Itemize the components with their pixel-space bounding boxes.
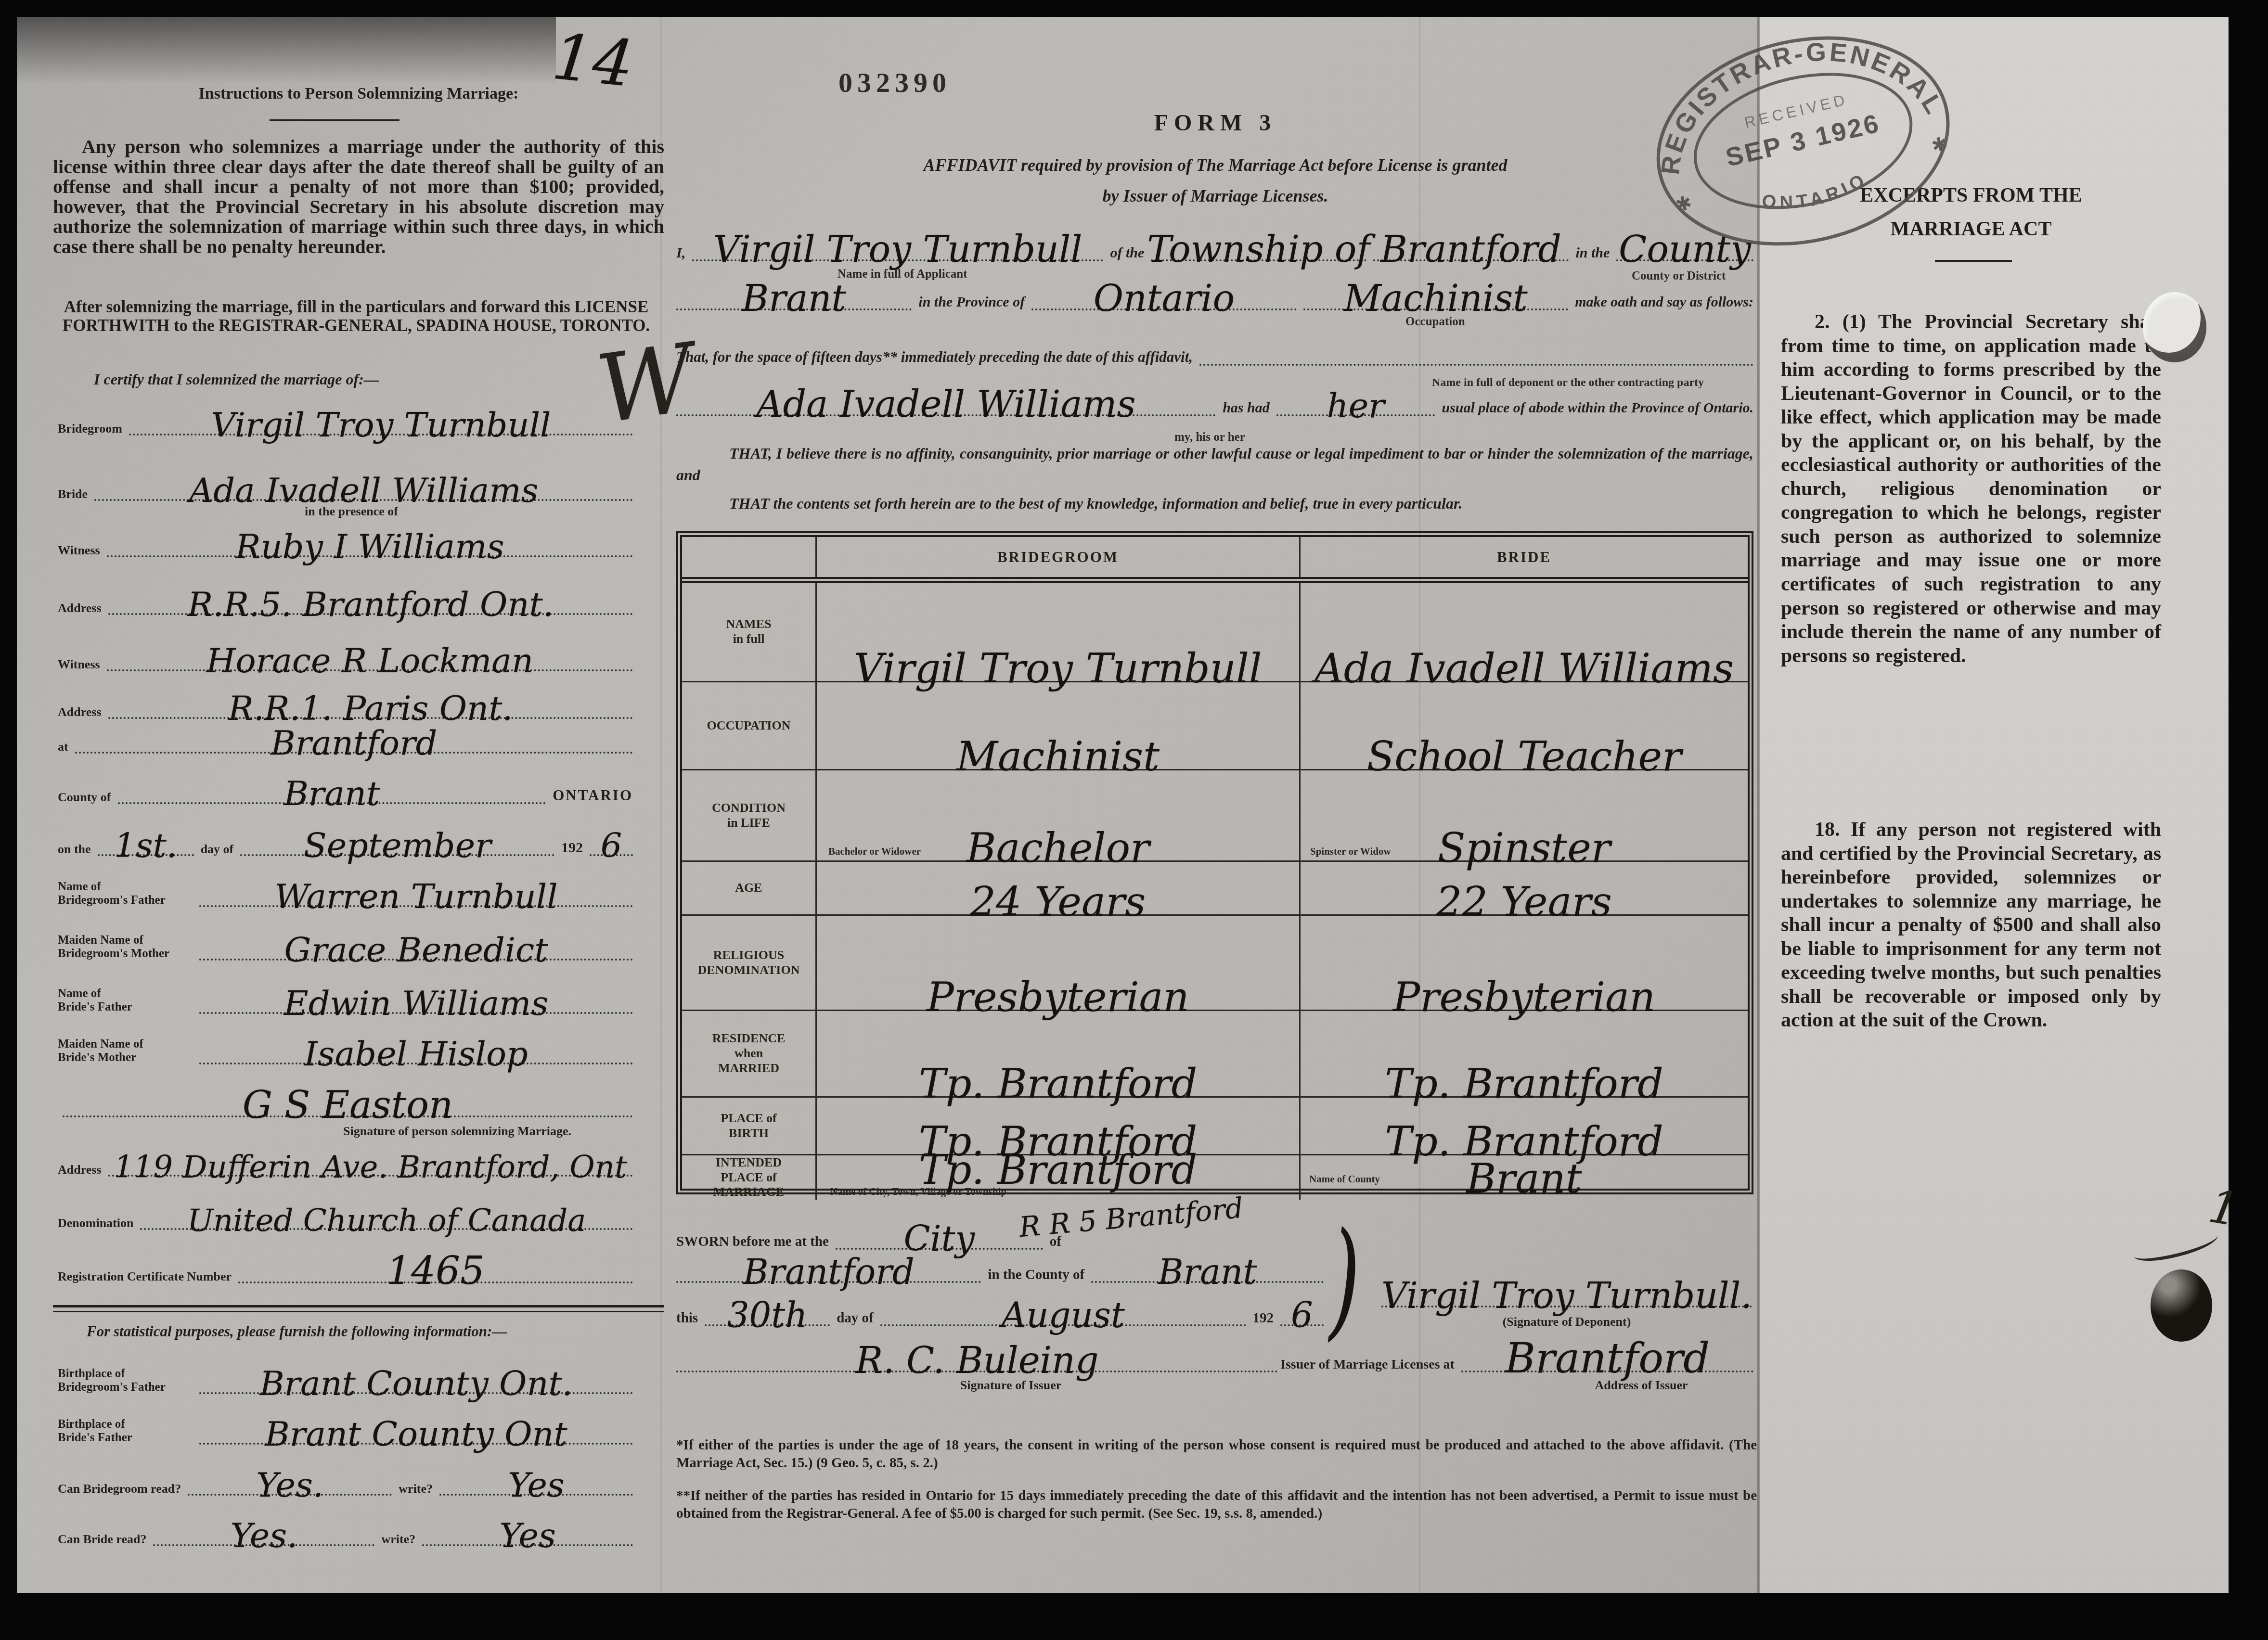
issuer-at-words: Issuer of Marriage Licenses at bbox=[1280, 1357, 1455, 1372]
condition-bride-value: Spinster bbox=[1438, 831, 1611, 865]
table-row-condition: CONDITION in LIFE Bachelor or Widower Ba… bbox=[682, 770, 1748, 862]
bride-value: Ada Ivadell Williams bbox=[189, 476, 539, 505]
names-bride-value: Ada Ivadell Williams bbox=[1314, 652, 1734, 686]
in-the-word: in the bbox=[1575, 245, 1610, 261]
excerpts-page-paper bbox=[1759, 17, 2229, 1593]
age-bride-cell: 22 Years bbox=[1301, 862, 1748, 914]
affidavit-heading-1: AFFIDAVIT required by provision of The M… bbox=[676, 155, 1754, 175]
issuer-signature-row: R. C. Buleing bbox=[676, 1327, 1278, 1372]
groom-mother-label: Maiden Name of Bridegroom's Mother bbox=[58, 934, 193, 961]
field-officiant-signature: G S Easton bbox=[63, 1069, 633, 1117]
row-label-denomination: RELIGIOUS DENOMINATION bbox=[682, 916, 817, 1010]
field-bp-bride-father: Birthplace of Bride's Father Brant Count… bbox=[58, 1392, 633, 1445]
can-groom-label: Can Bridegroom read? bbox=[58, 1482, 181, 1496]
bride-mother-line: Isabel Hislop bbox=[199, 1034, 633, 1065]
occupation-bride-value: School Teacher bbox=[1367, 740, 1682, 774]
registration-value: 1465 bbox=[387, 1255, 485, 1287]
affidavit-that-2: THAT, I believe there is no affinity, co… bbox=[676, 443, 1753, 486]
excerpts-section-18: 18. If any person not registered with an… bbox=[1781, 818, 2161, 1033]
officiant-address-line: 119 Dufferin Ave. Brantford, Ont bbox=[108, 1149, 633, 1177]
bp-bride-father-value: Brant County Ont bbox=[265, 1420, 567, 1449]
witness1-value: Ruby I Williams bbox=[235, 533, 504, 562]
denomination-value: United Church of Canada bbox=[187, 1208, 586, 1234]
sworn-day-line: 30th bbox=[705, 1295, 830, 1326]
field-can-groom-read: Can Bridegroom read? Yes. write? Yes bbox=[58, 1448, 633, 1496]
at-label: at bbox=[58, 740, 68, 754]
sworn-year-line: 6 bbox=[1280, 1295, 1324, 1326]
row-label-age: AGE bbox=[682, 862, 817, 914]
field-groom-mother: Maiden Name of Bridegroom's Mother Grace… bbox=[58, 908, 633, 961]
sworn-month: August bbox=[1001, 1301, 1125, 1330]
oath-words: make oath and say as follows: bbox=[1575, 294, 1753, 310]
groom-father-value: Warren Turnbull bbox=[274, 883, 557, 911]
stamp-star-left-icon: ✱ bbox=[1674, 192, 1694, 216]
scan-shadow-top bbox=[17, 17, 556, 84]
month-line: September bbox=[240, 826, 554, 857]
margin-ink-mark: 1 bbox=[2206, 1186, 2242, 1230]
sworn-year-suffix: 6 bbox=[1291, 1301, 1313, 1330]
statistical-note: For statistical purposes, please furnish… bbox=[53, 1322, 664, 1341]
can-bride-label: Can Bride read? bbox=[58, 1532, 146, 1546]
place-line: Brantford bbox=[1373, 228, 1569, 261]
at-line: Brantford bbox=[75, 723, 633, 754]
sworn-line-2: Brantford in the County of Brant bbox=[676, 1239, 1324, 1283]
names-bride-cell: Ada Ivadell Williams bbox=[1301, 583, 1748, 681]
section-divider-rule bbox=[53, 1305, 664, 1312]
intended-bride-subprint: Name of County bbox=[1309, 1173, 1380, 1185]
groom-father-label: Name of Bridegroom's Father bbox=[58, 880, 193, 907]
officiant-address-label: Address bbox=[58, 1163, 102, 1177]
issuer-signature-value: R. C. Buleing bbox=[855, 1345, 1098, 1376]
can-groom-read-line: Yes. bbox=[188, 1465, 392, 1496]
groom-father-line: Warren Turnbull bbox=[199, 877, 633, 908]
bride-line: Ada Ivadell Williams bbox=[94, 471, 633, 501]
row-label-intended-place: INTENDED PLACE of MARRIAGE bbox=[682, 1155, 817, 1200]
deponent-line: Ada Ivadell Williams bbox=[676, 383, 1216, 416]
age-groom-cell: 24 Years bbox=[817, 862, 1301, 914]
field-witness1: Witness Ruby I Williams bbox=[58, 509, 633, 557]
field-bride-mother: Maiden Name of Bride's Mother Isabel His… bbox=[58, 1012, 633, 1064]
names-groom-value: Virgil Troy Turnbull bbox=[854, 652, 1262, 686]
county-value-aff: Brant bbox=[742, 283, 846, 314]
scanned-marriage-affidavit-document: 14 032390 Instructions to Person Solemni… bbox=[0, 0, 2268, 1640]
bride-mother-label: Maiden Name of Bride's Mother bbox=[58, 1038, 193, 1064]
field-at: at Brantford bbox=[58, 705, 633, 754]
bride-father-line: Edwin Williams bbox=[199, 984, 633, 1014]
groom-mother-line: Grace Benedict bbox=[199, 930, 633, 961]
sworn-day: 30th bbox=[727, 1301, 808, 1330]
bridegroom-value: Virgil Troy Turnbull bbox=[211, 411, 551, 440]
stamp-arc-bottom-text: ONTARIO bbox=[1757, 167, 1874, 222]
in-province-of-word: in the Province of bbox=[918, 294, 1025, 310]
serial-number: 032390 bbox=[838, 66, 951, 99]
bridegroom-line: Virgil Troy Turnbull bbox=[129, 405, 633, 436]
sworn-county-words: in the County of bbox=[988, 1267, 1084, 1283]
bride-write-label: write? bbox=[381, 1532, 415, 1546]
province-line-aff: Ontario bbox=[1031, 277, 1297, 310]
field-county: County of Brant ONTARIO bbox=[58, 756, 633, 804]
affidavit-heading-2: by Issuer of Marriage Licenses. bbox=[676, 186, 1754, 206]
table-row-age: AGE 24 Years 22 Years bbox=[682, 862, 1748, 916]
title-rule bbox=[270, 119, 399, 121]
denom-groom-cell: Presbyterian bbox=[817, 916, 1301, 1010]
svg-text:ONTARIO: ONTARIO bbox=[1757, 167, 1874, 222]
abode-words: usual place of abode within the Province… bbox=[1442, 400, 1753, 416]
issuer-signature-line: R. C. Buleing bbox=[676, 1339, 1278, 1372]
affidavit-that-3: THAT the contents set forth herein are t… bbox=[729, 495, 1754, 512]
groom-mother-value: Grace Benedict bbox=[284, 936, 548, 965]
can-groom-read-value: Yes. bbox=[256, 1471, 323, 1500]
affidavit-that-1: That, for the space of fifteen days** im… bbox=[676, 327, 1753, 366]
table-header-bride: BRIDE bbox=[1301, 537, 1748, 577]
residence-bride-value: Tp. Brantford bbox=[1385, 1067, 1663, 1101]
table-row-residence: RESIDENCE when MARRIED Tp. Brantford Tp.… bbox=[682, 1011, 1748, 1098]
field-registration-number: Registration Certificate Number 1465 bbox=[58, 1235, 633, 1283]
denom-groom-value: Presbyterian bbox=[927, 980, 1189, 1014]
bride-mother-value: Isabel Hislop bbox=[304, 1040, 528, 1069]
affidavit-line-2: Brant in the Province of Ontario Machini… bbox=[676, 260, 1753, 310]
residence-bride-cell: Tp. Brantford bbox=[1301, 1011, 1748, 1096]
field-bridegroom: Bridegroom Virgil Troy Turnbull bbox=[58, 387, 633, 436]
field-officiant-address: Address 119 Dufferin Ave. Brantford, Ont bbox=[58, 1128, 633, 1177]
punch-hole-bottom bbox=[2151, 1269, 2212, 1342]
witness2-line: Horace R Lockman bbox=[107, 641, 633, 672]
intended-bride-value: Brant bbox=[1467, 1162, 1582, 1196]
bride-father-label: Name of Bride's Father bbox=[58, 987, 193, 1014]
bp-bride-father-line: Brant County Ont bbox=[199, 1414, 633, 1445]
certificate-intro: I certify that I solemnized the marriage… bbox=[94, 371, 379, 388]
sworn-this-word: this bbox=[676, 1310, 698, 1326]
birth-groom-cell: Tp. Brantford bbox=[817, 1098, 1301, 1154]
handwritten-page-number: 14 bbox=[550, 30, 636, 92]
table-header-spacer bbox=[682, 537, 817, 577]
county-line-aff: Brant bbox=[676, 277, 912, 310]
deponent-signature-row: Virgil Troy Turnbull. bbox=[1381, 1262, 1752, 1307]
instructions-paragraph-1: Any person who solemnizes a marriage und… bbox=[53, 137, 664, 257]
address1-label: Address bbox=[58, 601, 102, 615]
row-label-condition: CONDITION in LIFE bbox=[682, 770, 817, 860]
table-row-names: NAMES in full Virgil Troy Turnbull Ada I… bbox=[682, 583, 1748, 682]
excerpts-title-rule bbox=[1935, 260, 2012, 262]
sworn-county-line: Brant bbox=[1091, 1252, 1324, 1283]
field-bride: Bride Ada Ivadell Williams bbox=[58, 453, 633, 501]
can-groom-write-line: Yes bbox=[439, 1465, 633, 1496]
field-marriage-date: on the 1st. day of September 192 6 bbox=[58, 808, 633, 856]
row-label-occupation: OCCUPATION bbox=[682, 682, 817, 769]
denomination-line: United Church of Canada bbox=[140, 1202, 633, 1230]
occupation-bride-cell: School Teacher bbox=[1301, 682, 1748, 769]
field-groom-father: Name of Bridegroom's Father Warren Turnb… bbox=[58, 854, 633, 907]
row-label-birthplace: PLACE of BIRTH bbox=[682, 1098, 817, 1154]
year-line: 6 bbox=[590, 826, 633, 857]
deponent-signature-value: Virgil Troy Turnbull. bbox=[1381, 1281, 1752, 1311]
province-value-aff: Ontario bbox=[1094, 283, 1235, 314]
birth-bride-value: Tp. Brantford bbox=[1385, 1125, 1663, 1159]
birth-bride-cell: Tp. Brantford bbox=[1301, 1098, 1748, 1154]
occupation-groom-cell: Machinist bbox=[817, 682, 1301, 769]
issuer-address-label: Address of Issuer bbox=[1531, 1378, 1752, 1393]
condition-groom-subprint: Bachelor or Widower bbox=[828, 846, 921, 858]
denom-bride-cell: Presbyterian bbox=[1301, 916, 1748, 1010]
field-denomination: Denomination United Church of Canada bbox=[58, 1182, 633, 1230]
table-row-denomination: RELIGIOUS DENOMINATION Presbyterian Pres… bbox=[682, 916, 1748, 1011]
occupation-groom-value: Machinist bbox=[956, 740, 1160, 774]
residence-groom-value: Tp. Brantford bbox=[919, 1067, 1198, 1101]
sworn-place-line: Brantford bbox=[676, 1252, 981, 1283]
has-had-word: has had bbox=[1223, 400, 1270, 416]
pronoun-line: her bbox=[1276, 386, 1435, 417]
bride-label: Bride bbox=[58, 487, 88, 501]
witness1-line: Ruby I Williams bbox=[107, 527, 633, 558]
officiant-signature-value: G S Easton bbox=[243, 1089, 453, 1121]
intended-bride-cell: Name of County Brant bbox=[1301, 1155, 1748, 1200]
that1-text: That, for the space of fifteen days** im… bbox=[676, 348, 1193, 366]
address1-value: R.R.5. Brantford Ont. bbox=[188, 590, 554, 619]
condition-groom-cell: Bachelor or Widower Bachelor bbox=[817, 770, 1301, 860]
registration-label: Registration Certificate Number bbox=[58, 1269, 232, 1283]
affidavit-abode-line: Ada Ivadell Williams has had her usual p… bbox=[676, 366, 1753, 416]
bridegroom-bride-table: BRIDEGROOM BRIDE NAMES in full Virgil Tr… bbox=[676, 531, 1753, 1194]
occupation-label: Occupation bbox=[1405, 315, 1465, 329]
affidavit-line-1: I, Virgil Troy Turnbull of the Township … bbox=[676, 209, 1753, 261]
address1-line: R.R.5. Brantford Ont. bbox=[108, 585, 633, 615]
intended-groom-cell: Name of City, Town, Village or Township … bbox=[817, 1155, 1301, 1200]
can-bride-write-value: Yes bbox=[499, 1522, 555, 1550]
footnote-2: **If neither of the parties has resided … bbox=[676, 1487, 1757, 1523]
intended-groom-value: Tp. Brantford bbox=[919, 1153, 1198, 1187]
municipality-line: Township of bbox=[1151, 228, 1366, 261]
deponent-signature-line: Virgil Troy Turnbull. bbox=[1381, 1275, 1752, 1307]
field-can-bride-read: Can Bride read? Yes. write? Yes bbox=[58, 1498, 633, 1546]
footnote-1: *If either of the parties is under the a… bbox=[676, 1436, 1757, 1472]
table-row-birthplace: PLACE of BIRTH Tp. Brantford Tp. Brantfo… bbox=[682, 1098, 1748, 1155]
registration-line: 1465 bbox=[238, 1249, 633, 1283]
applicant-line: Virgil Troy Turnbull bbox=[692, 228, 1103, 261]
condition-bride-cell: Spinster or Widow Spinster bbox=[1301, 770, 1748, 860]
sworn-month-line: August bbox=[880, 1295, 1246, 1326]
table-row-intended-place: INTENDED PLACE of MARRIAGE Name of City,… bbox=[682, 1155, 1748, 1192]
groom-write-label: write? bbox=[399, 1482, 433, 1496]
of-the-word: of the bbox=[1110, 245, 1144, 261]
table-row-occupation: OCCUPATION Machinist School Teacher bbox=[682, 682, 1748, 770]
issuer-address-line: Brantford bbox=[1461, 1335, 1753, 1372]
sworn-line-3: this 30th day of August 192 6 bbox=[676, 1281, 1324, 1326]
day-line: 1st. bbox=[98, 826, 194, 857]
county-line: Brant bbox=[118, 774, 546, 805]
condition-groom-value: Bachelor bbox=[966, 831, 1149, 865]
can-bride-write-line: Yes bbox=[422, 1516, 633, 1547]
county-label: County of bbox=[58, 790, 111, 804]
witness2-label: Witness bbox=[58, 657, 100, 671]
row-label-residence: RESIDENCE when MARRIED bbox=[682, 1011, 817, 1096]
closing-brace: ) bbox=[1329, 1225, 1360, 1333]
issuer-signature-label: Signature of Issuer bbox=[842, 1378, 1179, 1393]
table-header-bridegroom: BRIDEGROOM bbox=[817, 537, 1301, 577]
province-label: ONTARIO bbox=[553, 787, 633, 804]
deponent-name: Ada Ivadell Williams bbox=[757, 389, 1136, 420]
residence-groom-cell: Tp. Brantford bbox=[817, 1011, 1301, 1096]
bp-groom-father-label: Birthplace of Bridegroom's Father bbox=[58, 1367, 193, 1394]
age-bride-value: 22 Years bbox=[1436, 885, 1612, 919]
officiant-address-value: 119 Dufferin Ave. Brantford, Ont bbox=[114, 1154, 627, 1180]
field-address1: Address R.R.5. Brantford Ont. bbox=[58, 567, 633, 615]
issuer-address-value: Brantford bbox=[1505, 1341, 1710, 1376]
form-number: FORM 3 bbox=[676, 110, 1754, 136]
instructions-paragraph-2: After solemnizing the marriage, fill in … bbox=[43, 297, 669, 335]
age-groom-value: 24 Years bbox=[970, 885, 1146, 919]
sworn-day-of-words: day of bbox=[837, 1310, 874, 1326]
denomination-label: Denomination bbox=[58, 1216, 133, 1230]
witness1-label: Witness bbox=[58, 543, 100, 557]
can-bride-read-line: Yes. bbox=[153, 1516, 374, 1547]
field-witness2: Witness Horace R Lockman bbox=[58, 623, 633, 671]
bp-groom-father-line: Brant County Ont. bbox=[199, 1364, 633, 1395]
field-bp-groom-father: Birthplace of Bridegroom's Father Brant … bbox=[58, 1341, 633, 1394]
can-bride-read-value: Yes. bbox=[231, 1522, 298, 1550]
occupation-value: Machinist bbox=[1344, 283, 1528, 314]
officiant-signature-line: G S Easton bbox=[63, 1084, 633, 1117]
i-word: I, bbox=[676, 245, 685, 261]
bridegroom-label: Bridegroom bbox=[58, 422, 122, 436]
county-value: Brant bbox=[283, 780, 380, 808]
can-groom-write-value: Yes bbox=[508, 1471, 564, 1500]
pronoun-label: my, his or her bbox=[1174, 431, 1245, 444]
pronoun-value: her bbox=[1327, 392, 1385, 421]
sworn-year-prefix: 192 bbox=[1253, 1310, 1274, 1326]
row-label-names: NAMES in full bbox=[682, 583, 817, 681]
denom-bride-value: Presbyterian bbox=[1393, 980, 1655, 1014]
condition-bride-subprint: Spinster or Widow bbox=[1310, 846, 1391, 858]
punch-hole-top bbox=[2143, 292, 2206, 362]
excerpts-section-2: 2. (1) The Provincial Secretary shall fr… bbox=[1781, 310, 2161, 668]
bp-bride-father-label: Birthplace of Bride's Father bbox=[58, 1418, 193, 1445]
names-groom-cell: Virgil Troy Turnbull bbox=[817, 583, 1301, 681]
year-prefix: 192 bbox=[561, 840, 583, 856]
at-value: Brantford bbox=[271, 729, 437, 758]
occupation-line: Machinist bbox=[1303, 277, 1569, 310]
issuer-address-row: Issuer of Marriage Licenses at Brantford bbox=[1280, 1327, 1753, 1372]
field-bride-father: Name of Bride's Father Edwin Williams bbox=[58, 961, 633, 1014]
instructions-title: Instructions to Person Solemnizing Marri… bbox=[53, 85, 664, 103]
table-header-row: BRIDEGROOM BRIDE bbox=[682, 537, 1748, 583]
